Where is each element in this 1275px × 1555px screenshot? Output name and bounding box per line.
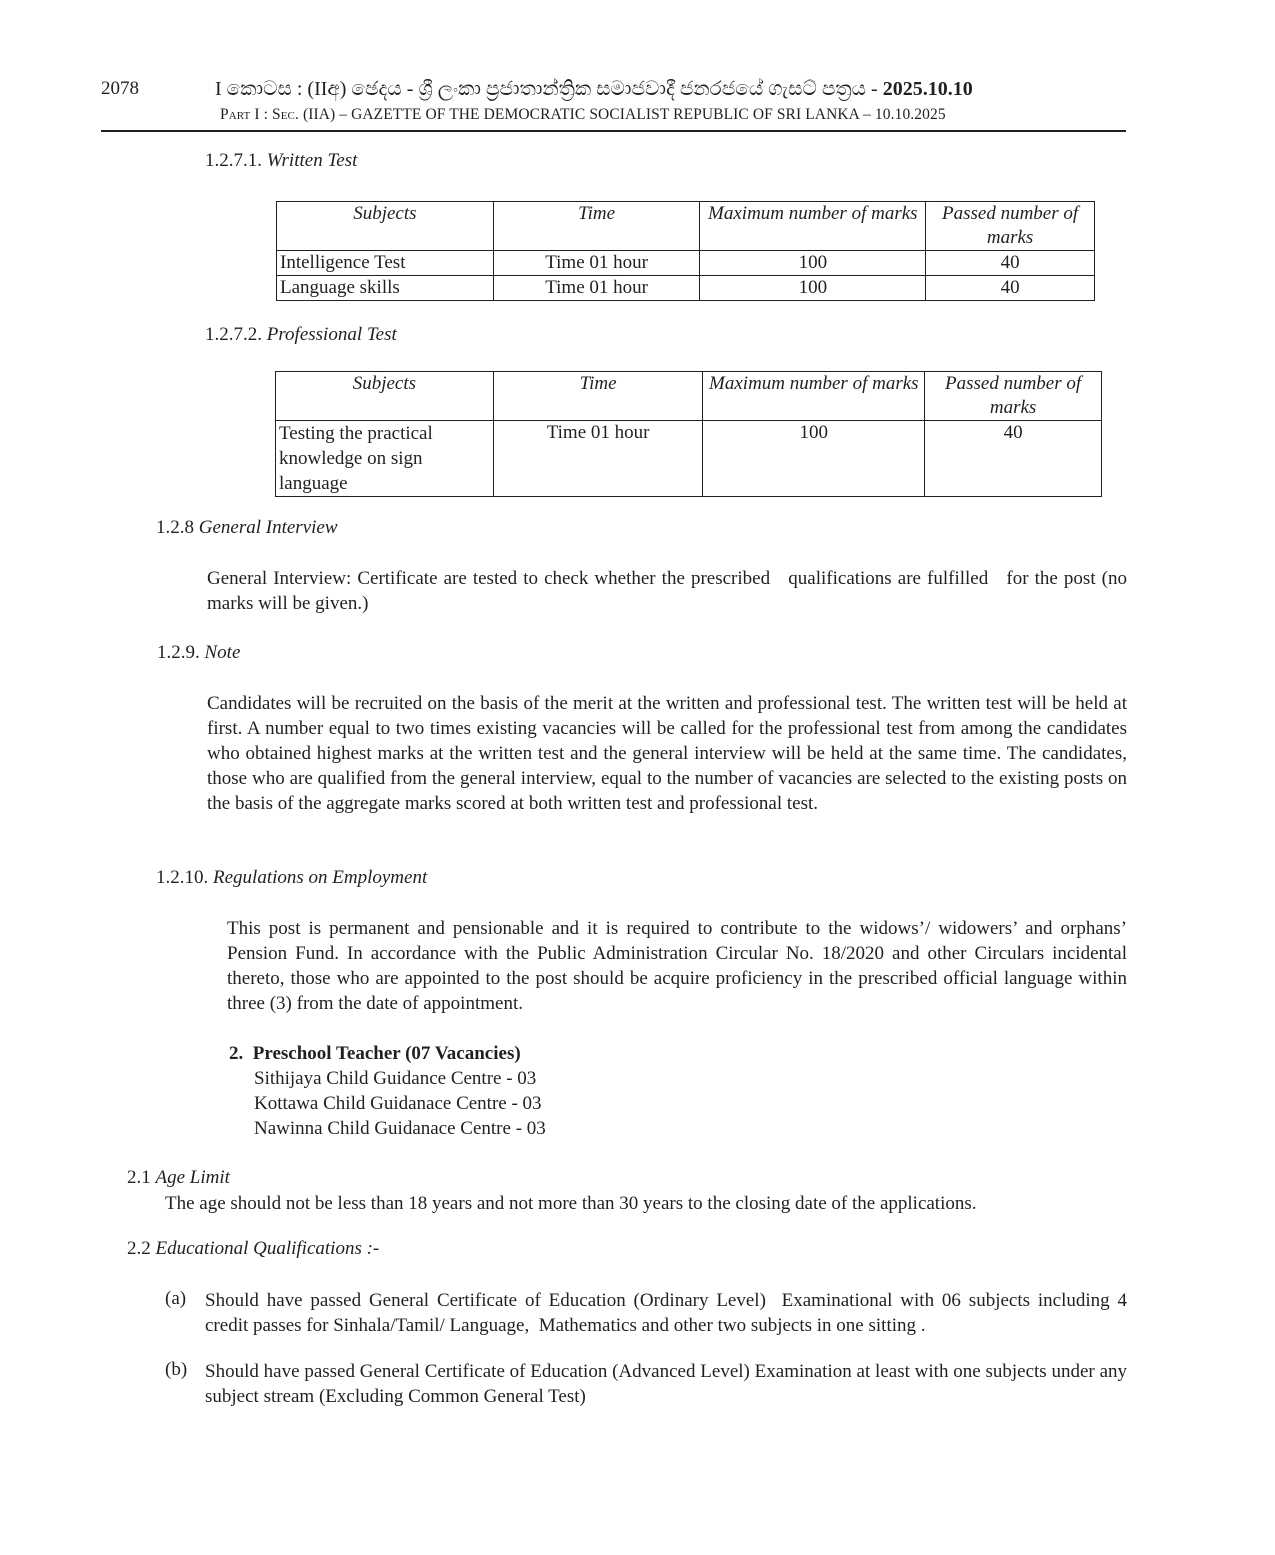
- table-cell: Language skills: [277, 276, 494, 301]
- column-header: Subjects: [277, 202, 494, 251]
- age-limit-text: The age should not be less than 18 years…: [165, 1191, 977, 1216]
- section-title: Note: [205, 642, 241, 663]
- column-header: Time: [493, 372, 703, 421]
- qualification-item: Should have passed General Certificate o…: [205, 1359, 1127, 1409]
- item-label: (a): [165, 1288, 186, 1310]
- section-number: 1.2.10.: [156, 867, 208, 888]
- note-text: Candidates will be recruited on the basi…: [207, 691, 1127, 816]
- written-test-heading: 1.2.7.1. Written Test: [205, 150, 357, 172]
- column-header: Maximum number of marks: [700, 202, 926, 251]
- table-row: Testing the practical knowledge on sign …: [276, 421, 1102, 497]
- centre-item: Nawinna Child Guidanace Centre - 03: [254, 1116, 546, 1141]
- part-number: I :: [254, 106, 268, 123]
- general-interview-text: General Interview: Certificate are teste…: [207, 566, 1127, 616]
- sinhala-title: I කොටස : (IIඅ) ඡෙදය - ශ්‍රී ලංකා ප්‍රජාත…: [215, 78, 878, 100]
- section-title: Educational Qualifications :-: [156, 1238, 380, 1259]
- table-cell: 100: [703, 421, 925, 497]
- table-row: Intelligence Test Time 01 hour 100 40: [277, 251, 1095, 276]
- professional-test-table: Subjects Time Maximum number of marks Pa…: [275, 371, 1102, 497]
- age-limit-heading: 2.1 Age Limit: [127, 1167, 230, 1189]
- education-heading: 2.2 Educational Qualifications :-: [127, 1238, 379, 1260]
- section-number: 1.2.8: [156, 517, 194, 538]
- item-label: (b): [165, 1359, 187, 1381]
- table-header-row: Subjects Time Maximum number of marks Pa…: [276, 372, 1102, 421]
- table-cell: Time 01 hour: [493, 421, 703, 497]
- sinhala-date: 2025.10.10: [883, 78, 973, 100]
- note-heading: 1.2.9. Note: [157, 642, 240, 664]
- table-cell: 40: [926, 276, 1095, 301]
- table-row: Language skills Time 01 hour 100 40: [277, 276, 1095, 301]
- table-cell: Time 01 hour: [493, 276, 700, 301]
- section-title: Age Limit: [156, 1167, 230, 1188]
- section-number: 1.2.7.2.: [205, 324, 262, 345]
- table-cell: 100: [700, 251, 926, 276]
- post-title: 2. Preschool Teacher (07 Vacancies): [229, 1041, 521, 1066]
- section-title: Professional Test: [267, 324, 397, 345]
- column-header: Time: [493, 202, 700, 251]
- written-test-table: Subjects Time Maximum number of marks Pa…: [276, 201, 1095, 301]
- english-header: Part I : Sec. (IIA) – GAZETTE OF THE DEM…: [220, 106, 946, 124]
- table-cell: 100: [700, 276, 926, 301]
- sinhala-header: I කොටස : (IIඅ) ඡෙදය - ශ්‍රී ලංකා ප්‍රජාත…: [215, 78, 973, 101]
- regulations-text: This post is permanent and pensionable a…: [227, 916, 1127, 1016]
- table-header-row: Subjects Time Maximum number of marks Pa…: [277, 202, 1095, 251]
- table-cell: 40: [925, 421, 1102, 497]
- part-label: Part: [220, 106, 250, 123]
- table-cell: Intelligence Test: [277, 251, 494, 276]
- table-cell: Time 01 hour: [493, 251, 700, 276]
- column-header: Passed number of marks: [926, 202, 1095, 251]
- regulations-heading: 1.2.10. Regulations on Employment: [156, 867, 427, 889]
- section-title: Written Test: [267, 150, 358, 171]
- section-title: General Interview: [199, 517, 338, 538]
- header-rule: [101, 130, 1126, 132]
- column-header: Maximum number of marks: [703, 372, 925, 421]
- section-number: 1.2.9.: [157, 642, 200, 663]
- page-number: 2078: [101, 78, 139, 100]
- column-header: Passed number of marks: [925, 372, 1102, 421]
- professional-test-heading: 1.2.7.2. Professional Test: [205, 324, 397, 346]
- table-cell: 40: [926, 251, 1095, 276]
- sec-label: Sec.: [272, 106, 299, 123]
- centre-item: Sithijaya Child Guidance Centre - 03: [254, 1066, 536, 1091]
- qualification-item: Should have passed General Certificate o…: [205, 1288, 1127, 1338]
- section-number: 2.2: [127, 1238, 151, 1259]
- section-title: Regulations on Employment: [213, 867, 427, 888]
- table-cell: Testing the practical knowledge on sign …: [276, 421, 494, 497]
- gazette-title: (IIA) – GAZETTE OF THE DEMOCRATIC SOCIAL…: [303, 106, 946, 123]
- centre-item: Kottawa Child Guidanace Centre - 03: [254, 1091, 542, 1116]
- section-number: 2.1: [127, 1167, 151, 1188]
- general-interview-heading: 1.2.8 General Interview: [156, 517, 338, 539]
- column-header: Subjects: [276, 372, 494, 421]
- section-number: 1.2.7.1.: [205, 150, 262, 171]
